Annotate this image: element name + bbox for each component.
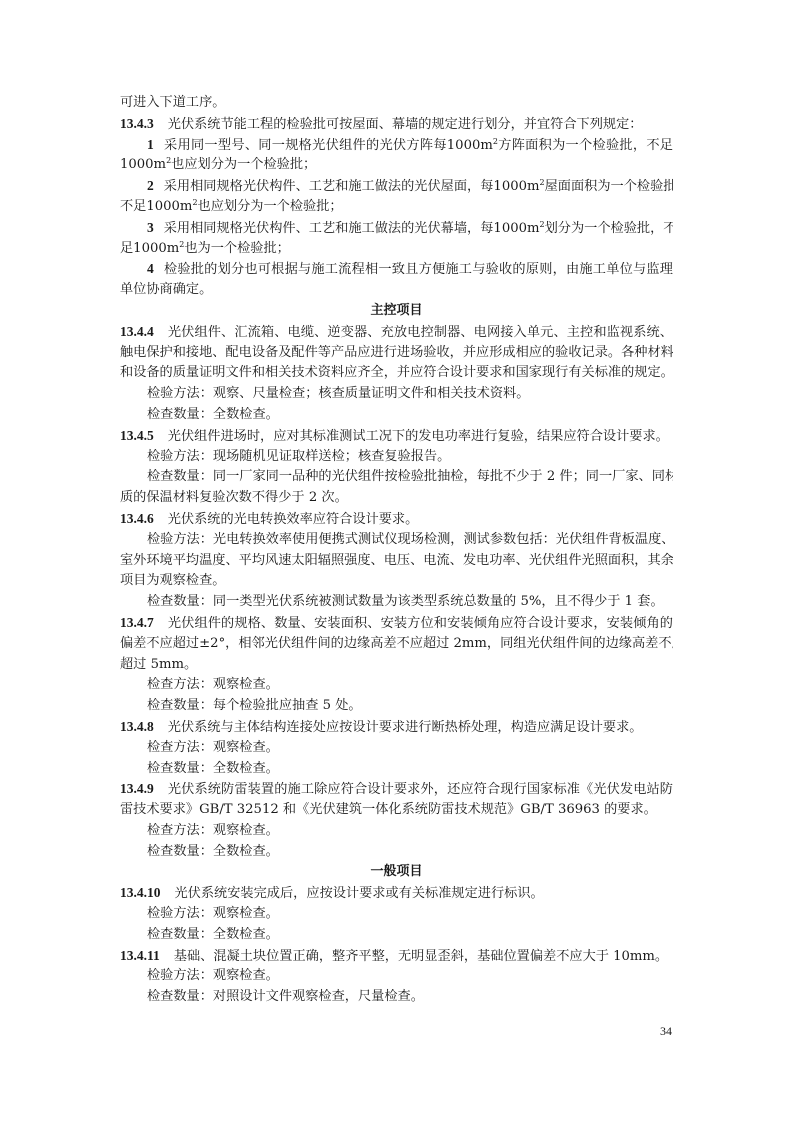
item-text: 采用同一型号、同一规格光伏组件的光伏方阵每1000m2方阵面积为一个检验批，不足	[164, 138, 673, 153]
text-line: 触电保护和接地、配电设备及配件等产品应进行进场验收，并应形成相应的验收记录。各种…	[120, 343, 673, 364]
paragraph-line: 检查数量：同一厂家同一品种的光伏组件按检验批抽检，每批不少于 2 件；同一厂家、…	[120, 467, 673, 488]
paragraph-line: 检查数量：全数检查。	[120, 925, 673, 946]
clause-number: 13.4.11	[120, 948, 160, 963]
paragraph-line: 检验方法：观察、尺量检查；核查质量证明文件和相关技术资料。	[120, 384, 673, 405]
item-number: 2	[147, 178, 154, 193]
clause-text: 光伏系统与主体结构连接处应按设计要求进行断热桥处理，构造应满足设计要求。	[168, 720, 643, 735]
paragraph-line: 检验方法：观察检查。	[120, 966, 673, 987]
page-number: 34	[660, 1024, 672, 1039]
paragraph-line: 检查数量：对照设计文件观察检查，尺量检查。	[120, 987, 673, 1008]
clause-text: 光伏系统安装完成后，应按设计要求或有关标准规定进行标识。	[175, 886, 544, 901]
list-item-line: 2采用相同规格光伏构件、工艺和施工做法的光伏屋面，每1000m2屋面面积为一个检…	[120, 176, 673, 197]
paragraph-line: 检查数量：全数检查。	[120, 759, 673, 780]
clause-line: 13.4.6光伏系统的光电转换效率应符合设计要求。	[120, 509, 673, 530]
clause-text: 光伏组件进场时，应对其标准测试工况下的发电功率进行复验，结果应符合设计要求。	[168, 429, 669, 444]
document-page: 可进入下道工序。13.4.3光伏系统节能工程的检验批可按屋面、幕墙的规定进行划分…	[120, 93, 673, 1008]
paragraph-line: 检查方法：观察检查。	[120, 675, 673, 696]
text-line: 项目为观察检查。	[120, 571, 673, 592]
paragraph-line: 检查数量：全数检查。	[120, 405, 673, 426]
paragraph-line: 检查数量：同一类型光伏系统被测试数量为该类型系统总数量的 5%，且不得少于 1 …	[120, 592, 673, 613]
text-line: 质的保温材料复验次数不得少于 2 次。	[120, 488, 673, 509]
text-line: 偏差不应超过±2°，相邻光伏组件间的边缘高差不应超过 2mm，同组光伏组件间的边…	[120, 634, 673, 655]
clause-text: 光伏系统节能工程的检验批可按屋面、幕墙的规定进行划分，并宜符合下列规定：	[168, 117, 643, 132]
paragraph-line: 检验方法：光电转换效率使用便携式测试仪现场检测，测试参数包括：光伏组件背板温度、	[120, 530, 673, 551]
clause-text: 基础、混凝土块位置正确，整齐平整，无明显歪斜，基础位置偏差不应大于 10mm。	[174, 949, 668, 964]
clause-number: 13.4.9	[120, 781, 154, 796]
clause-line: 13.4.8光伏系统与主体结构连接处应按设计要求进行断热桥处理，构造应满足设计要…	[120, 717, 673, 738]
clause-line: 13.4.4光伏组件、汇流箱、电缆、逆变器、充放电控制器、电网接入单元、主控和监…	[120, 322, 673, 343]
item-number: 4	[147, 261, 154, 276]
clause-text: 光伏系统防雷装置的施工除应符合设计要求外，还应符合现行国家标准《光伏发电站防	[168, 782, 673, 797]
item-number: 1	[147, 137, 154, 152]
clause-line: 13.4.5光伏组件进场时，应对其标准测试工况下的发电功率进行复验，结果应符合设…	[120, 426, 673, 447]
list-item-line: 1采用同一型号、同一规格光伏组件的光伏方阵每1000m2方阵面积为一个检验批，不…	[120, 135, 673, 156]
list-item-line: 3采用相同规格光伏构件、工艺和施工做法的光伏幕墙，每1000m2划分为一个检验批…	[120, 218, 673, 239]
clause-text: 光伏组件的规格、数量、安装面积、安装方位和安装倾角应符合设计要求，安装倾角的	[168, 616, 673, 631]
paragraph-line: 检验方法：观察检查。	[120, 904, 673, 925]
section-heading: 主控项目	[120, 301, 673, 322]
item-number: 3	[147, 220, 154, 235]
clause-number: 13.4.7	[120, 615, 154, 630]
paragraph-line: 检查方法：观察检查。	[120, 821, 673, 842]
text-line: 可进入下道工序。	[120, 93, 673, 114]
paragraph-line: 检查方法：观察检查。	[120, 738, 673, 759]
clause-number: 13.4.3	[120, 116, 154, 131]
text-line: 雷技术要求》GB/T 32512 和《光伏建筑一体化系统防雷技术规范》GB/T …	[120, 800, 673, 821]
text-line: 足1000m2也为一个检验批；	[120, 239, 673, 260]
paragraph-line: 检查数量：全数检查。	[120, 842, 673, 863]
list-item-line: 4检验批的划分也可根据与施工流程相一致且方便施工与验收的原则，由施工单位与监理	[120, 259, 673, 280]
text-line: 1000m2也应划分为一个检验批；	[120, 155, 673, 176]
clause-line: 13.4.10光伏系统安装完成后，应按设计要求或有关标准规定进行标识。	[120, 883, 673, 904]
clause-line: 13.4.7光伏组件的规格、数量、安装面积、安装方位和安装倾角应符合设计要求，安…	[120, 613, 673, 634]
text-line: 超过 5mm。	[120, 655, 673, 676]
clause-number: 13.4.10	[120, 885, 161, 900]
clause-number: 13.4.8	[120, 719, 154, 734]
clause-number: 13.4.6	[120, 511, 154, 526]
paragraph-line: 检验方法：现场随机见证取样送检；核查复验报告。	[120, 447, 673, 468]
clause-text: 光伏组件、汇流箱、电缆、逆变器、充放电控制器、电网接入单元、主控和监视系统、	[168, 325, 673, 340]
paragraph-line: 检查数量：每个检验批应抽查 5 处。	[120, 696, 673, 717]
item-text: 采用相同规格光伏构件、工艺和施工做法的光伏屋面，每1000m2屋面面积为一个检验…	[164, 179, 673, 194]
clause-line: 13.4.9光伏系统防雷装置的施工除应符合设计要求外，还应符合现行国家标准《光伏…	[120, 779, 673, 800]
text-line: 不足1000m2也应划分为一个检验批；	[120, 197, 673, 218]
section-heading: 一般项目	[120, 862, 673, 883]
clause-line: 13.4.3光伏系统节能工程的检验批可按屋面、幕墙的规定进行划分，并宜符合下列规…	[120, 114, 673, 135]
clause-text: 光伏系统的光电转换效率应符合设计要求。	[168, 512, 419, 527]
item-text: 检验批的划分也可根据与施工流程相一致且方便施工与验收的原则，由施工单位与监理	[164, 262, 673, 277]
clause-line: 13.4.11基础、混凝土块位置正确，整齐平整，无明显歪斜，基础位置偏差不应大于…	[120, 946, 673, 967]
clause-number: 13.4.4	[120, 324, 154, 339]
clause-number: 13.4.5	[120, 428, 154, 443]
text-line: 单位协商确定。	[120, 280, 673, 301]
text-line: 室外环境平均温度、平均风速太阳辐照强度、电压、电流、发电功率、光伏组件光照面积，…	[120, 551, 673, 572]
text-line: 和设备的质量证明文件和相关技术资料应齐全，并应符合设计要求和国家现行有关标准的规…	[120, 363, 673, 384]
item-text: 采用相同规格光伏构件、工艺和施工做法的光伏幕墙，每1000m2划分为一个检验批，…	[164, 221, 673, 236]
